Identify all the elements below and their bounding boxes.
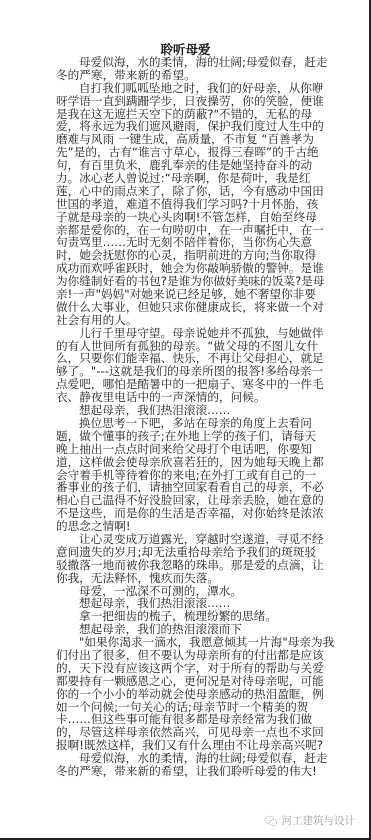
text-line: 晚上抽出一点点时间来给父母打个电话吧，你要知 <box>56 443 318 456</box>
text-line: 亲!一声"妈妈"对她来说已经足够，她不奢望你非要 <box>56 288 318 301</box>
text-line: 社会有用的人。 <box>56 314 318 327</box>
text-line: 力。冰心老人曾说过:“母亲啊，你是荷叶，我是红 <box>56 172 318 185</box>
text-line: 世国的孝道，难道不值得我们学习吗?十月怀胎，孩 <box>56 198 318 211</box>
watermark: 河工建筑与设计 <box>264 813 356 828</box>
document-body: 母爱似海，水的柔情，海的壮阔;母爱似春，赶走冬的严寒，带来新的希望。自打我们呱呱… <box>56 56 318 778</box>
text-line: 儿行千里母守望。母亲说她并不孤独，与她做伴 <box>56 327 318 340</box>
text-line: 换位思考一下吧，多站在母亲的角度上去看问 <box>56 417 318 430</box>
text-line: 题，做个懂事的孩子;在外地上学的孩子们，请每天 <box>56 430 318 443</box>
text-line: 冬的严寒，带来新的希望。 <box>56 69 318 82</box>
text-line: 冬的严寒，带来新的希望，让我们聆听母爱的伟大! <box>56 765 318 778</box>
page-frame: 聆听母爱 母爱似海，水的柔情，海的壮阔;母爱似春，赶走冬的严寒，带来新的希望。自… <box>0 0 371 840</box>
text-line: 们付出了很多，但不要认为母亲所有的付出都是应该 <box>56 649 318 662</box>
text-line: 都要持有一颗感恩之心，更何况是对待母亲呢，可能 <box>56 675 318 688</box>
text-line: 驳撒落一地而被你我忽略的珠串。那是爱的点滴，让 <box>56 559 318 572</box>
text-line: 母爱似海，水的柔情，海的壮阔;母爱似春，赶走 <box>56 56 318 69</box>
text-line: 道，这样做会使母亲欣喜若狂的，因为她每天晚上都 <box>56 456 318 469</box>
wechat-icon <box>264 815 278 827</box>
text-line: 意间遗失的岁月;却无法重拾母亲给予我们的斑斑驳 <box>56 546 318 559</box>
watermark-text: 河工建筑与设计 <box>282 813 356 828</box>
text-line: 的，天下没有应该这两个字，对于所有的帮助与关爱 <box>56 662 318 675</box>
text-line: 你的一个小小的举动就会使母亲感动的热泪盈眶，例 <box>56 688 318 701</box>
text-line: 想起母亲，我们热泪滚滚…… <box>56 404 318 417</box>
text-line: 莲，心中的雨点来了，除了你，话，今有感动中国田 <box>56 185 318 198</box>
text-line: 子就是母亲的一块心头肉啊!不管怎样，自始至终母 <box>56 211 318 224</box>
text-line: 你我，无法释怀，愧疚而失落。 <box>56 572 318 585</box>
text-line: 做什么大事业，但她只求你健康成长，将来做一个对 <box>56 301 318 314</box>
text-line: 自打我们呱呱坠地之时，我们的好母亲，从你咿 <box>56 82 318 95</box>
text-line: 让心灵变成万道露光，穿越时空遂道，寻觅不经 <box>56 533 318 546</box>
text-line: 呀学语一直到蹒跚学步，日夜操劳，你的笑脸，便谁 <box>56 95 318 108</box>
